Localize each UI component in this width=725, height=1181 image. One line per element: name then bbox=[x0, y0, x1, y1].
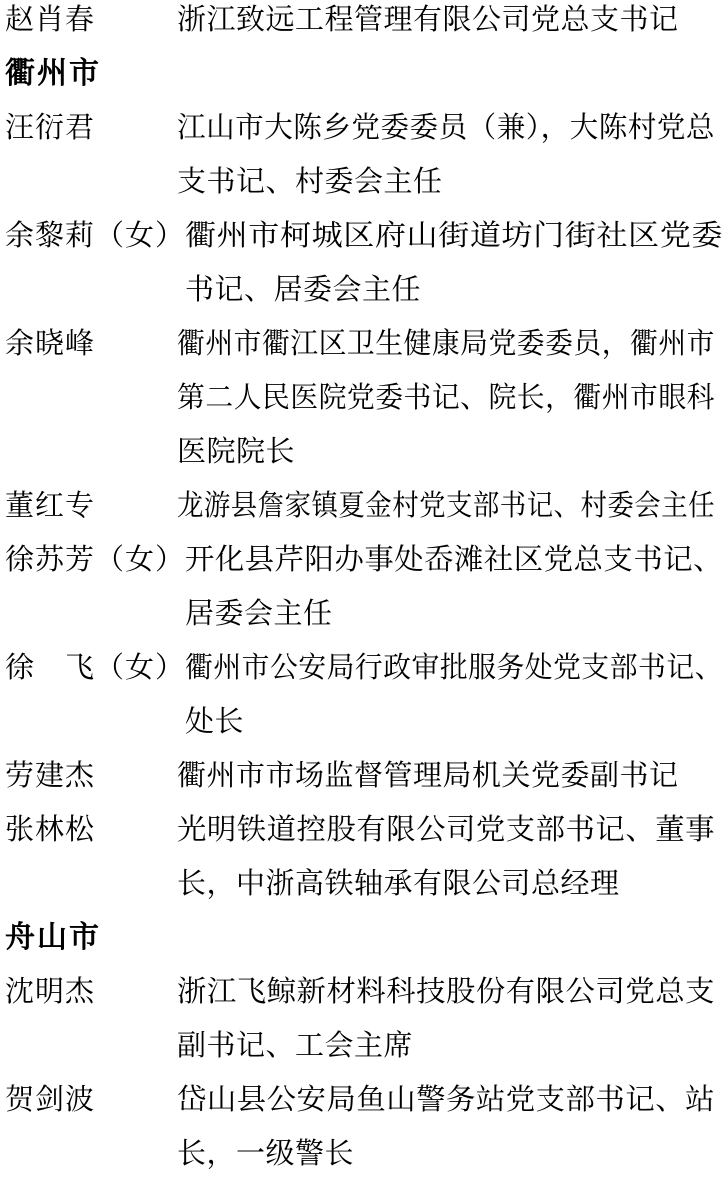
person-row: 余晓峰衢州市衢江区卫生健康局党委委员，衢州市第二人民医院党委书记、院长，衢州市眼… bbox=[5, 317, 725, 479]
person-name: 汪衍君 bbox=[5, 101, 177, 209]
position-line-text: 衢州市公安局行政审批服务处党支部书记、 bbox=[185, 641, 723, 695]
position-line-text: 衢州市柯城区府山街道坊门街社区党委 bbox=[185, 209, 723, 263]
position-line: 衢州市市场监督管理局机关党委副书记 bbox=[177, 749, 715, 803]
person-row: 劳建杰衢州市市场监督管理局机关党委副书记 bbox=[5, 749, 725, 803]
person-position: 江山市大陈乡党委委员（兼），大陈村党总支书记、村委会主任 bbox=[177, 101, 715, 209]
position-line: 龙游县詹家镇夏金村党支部书记、村委会主任 bbox=[177, 479, 715, 533]
roster-list: 赵肖春浙江致远工程管理有限公司党总支书记衢州市汪衍君江山市大陈乡党委委员（兼），… bbox=[0, 0, 725, 1181]
person-position: 岱山县公安局鱼山警务站党支部书记、站长，一级警长 bbox=[177, 1073, 715, 1181]
person-position: 龙游县詹家镇夏金村党支部书记、村委会主任 bbox=[177, 479, 715, 533]
position-line-text: 书记、居委会主任 bbox=[185, 263, 421, 317]
position-line: 开化县芹阳办事处岙滩社区党总支书记、 bbox=[185, 533, 723, 587]
position-line: 书记、居委会主任 bbox=[185, 263, 723, 317]
position-line-text: 浙江致远工程管理有限公司党总支书记 bbox=[177, 0, 679, 47]
person-row: 汪衍君江山市大陈乡党委委员（兼），大陈村党总支书记、村委会主任 bbox=[5, 101, 725, 209]
person-name: 徐苏芳（女） bbox=[5, 533, 185, 641]
position-line-text: 龙游县詹家镇夏金村党支部书记、村委会主任 bbox=[177, 479, 715, 533]
position-line: 浙江致远工程管理有限公司党总支书记 bbox=[177, 0, 715, 47]
person-row: 余黎莉（女）衢州市柯城区府山街道坊门街社区党委书记、居委会主任 bbox=[5, 209, 725, 317]
position-line: 长，中浙高铁轴承有限公司总经理 bbox=[177, 857, 715, 911]
position-line: 居委会主任 bbox=[185, 587, 723, 641]
person-name: 徐 飞（女） bbox=[5, 641, 185, 749]
position-line-text: 处长 bbox=[185, 695, 244, 749]
person-position: 光明铁道控股有限公司党支部书记、董事长，中浙高铁轴承有限公司总经理 bbox=[177, 803, 715, 911]
person-name: 赵肖春 bbox=[5, 0, 177, 47]
position-line-text: 开化县芹阳办事处岙滩社区党总支书记、 bbox=[185, 533, 723, 587]
position-line: 江山市大陈乡党委委员（兼），大陈村党总 bbox=[177, 101, 715, 155]
person-position: 衢州市衢江区卫生健康局党委委员，衢州市第二人民医院党委书记、院长，衢州市眼科医院… bbox=[177, 317, 715, 479]
person-name: 张林松 bbox=[5, 803, 177, 911]
position-line-text: 副书记、工会主席 bbox=[177, 1019, 413, 1073]
person-name: 沈明杰 bbox=[5, 965, 177, 1073]
position-line-text: 居委会主任 bbox=[185, 587, 333, 641]
position-line: 副书记、工会主席 bbox=[177, 1019, 715, 1073]
position-line: 衢州市公安局行政审批服务处党支部书记、 bbox=[185, 641, 723, 695]
position-line-text: 衢州市衢江区卫生健康局党委委员，衢州市 bbox=[177, 317, 715, 371]
person-name: 余黎莉（女） bbox=[5, 209, 185, 317]
position-line-text: 光明铁道控股有限公司党支部书记、董事 bbox=[177, 803, 715, 857]
person-row: 徐苏芳（女）开化县芹阳办事处岙滩社区党总支书记、居委会主任 bbox=[5, 533, 725, 641]
position-line: 支书记、村委会主任 bbox=[177, 155, 715, 209]
person-position: 开化县芹阳办事处岙滩社区党总支书记、居委会主任 bbox=[185, 533, 723, 641]
position-line: 长，一级警长 bbox=[177, 1127, 715, 1181]
position-line: 岱山县公安局鱼山警务站党支部书记、站 bbox=[177, 1073, 715, 1127]
person-row: 张林松光明铁道控股有限公司党支部书记、董事长，中浙高铁轴承有限公司总经理 bbox=[5, 803, 725, 911]
position-line: 浙江飞鲸新材料科技股份有限公司党总支 bbox=[177, 965, 715, 1019]
person-position: 衢州市市场监督管理局机关党委副书记 bbox=[177, 749, 715, 803]
position-line-text: 医院院长 bbox=[177, 425, 295, 479]
person-position: 浙江致远工程管理有限公司党总支书记 bbox=[177, 0, 715, 47]
position-line-text: 衢州市市场监督管理局机关党委副书记 bbox=[177, 749, 679, 803]
person-name: 贺剑波 bbox=[5, 1073, 177, 1181]
section-header: 舟山市 bbox=[5, 911, 725, 965]
position-line-text: 岱山县公安局鱼山警务站党支部书记、站 bbox=[177, 1073, 715, 1127]
section-header: 衢州市 bbox=[5, 47, 725, 101]
person-row: 贺剑波岱山县公安局鱼山警务站党支部书记、站长，一级警长 bbox=[5, 1073, 725, 1181]
position-line: 衢州市柯城区府山街道坊门街社区党委 bbox=[185, 209, 723, 263]
person-row: 董红专龙游县詹家镇夏金村党支部书记、村委会主任 bbox=[5, 479, 725, 533]
position-line-text: 长，一级警长 bbox=[177, 1127, 354, 1181]
person-name: 劳建杰 bbox=[5, 749, 177, 803]
person-position: 衢州市柯城区府山街道坊门街社区党委书记、居委会主任 bbox=[185, 209, 723, 317]
person-position: 浙江飞鲸新材料科技股份有限公司党总支副书记、工会主席 bbox=[177, 965, 715, 1073]
position-line-text: 支书记、村委会主任 bbox=[177, 155, 443, 209]
person-name: 余晓峰 bbox=[5, 317, 177, 479]
position-line: 第二人民医院党委书记、院长，衢州市眼科 bbox=[177, 371, 715, 425]
position-line: 光明铁道控股有限公司党支部书记、董事 bbox=[177, 803, 715, 857]
position-line: 处长 bbox=[185, 695, 723, 749]
person-name: 董红专 bbox=[5, 479, 177, 533]
position-line-text: 江山市大陈乡党委委员（兼），大陈村党总 bbox=[177, 101, 715, 155]
position-line-text: 第二人民医院党委书记、院长，衢州市眼科 bbox=[177, 371, 715, 425]
person-row: 赵肖春浙江致远工程管理有限公司党总支书记 bbox=[5, 0, 725, 47]
position-line: 医院院长 bbox=[177, 425, 715, 479]
position-line-text: 浙江飞鲸新材料科技股份有限公司党总支 bbox=[177, 965, 715, 1019]
person-row: 沈明杰浙江飞鲸新材料科技股份有限公司党总支副书记、工会主席 bbox=[5, 965, 725, 1073]
person-row: 徐 飞（女）衢州市公安局行政审批服务处党支部书记、处长 bbox=[5, 641, 725, 749]
person-position: 衢州市公安局行政审批服务处党支部书记、处长 bbox=[185, 641, 723, 749]
position-line: 衢州市衢江区卫生健康局党委委员，衢州市 bbox=[177, 317, 715, 371]
position-line-text: 长，中浙高铁轴承有限公司总经理 bbox=[177, 857, 620, 911]
